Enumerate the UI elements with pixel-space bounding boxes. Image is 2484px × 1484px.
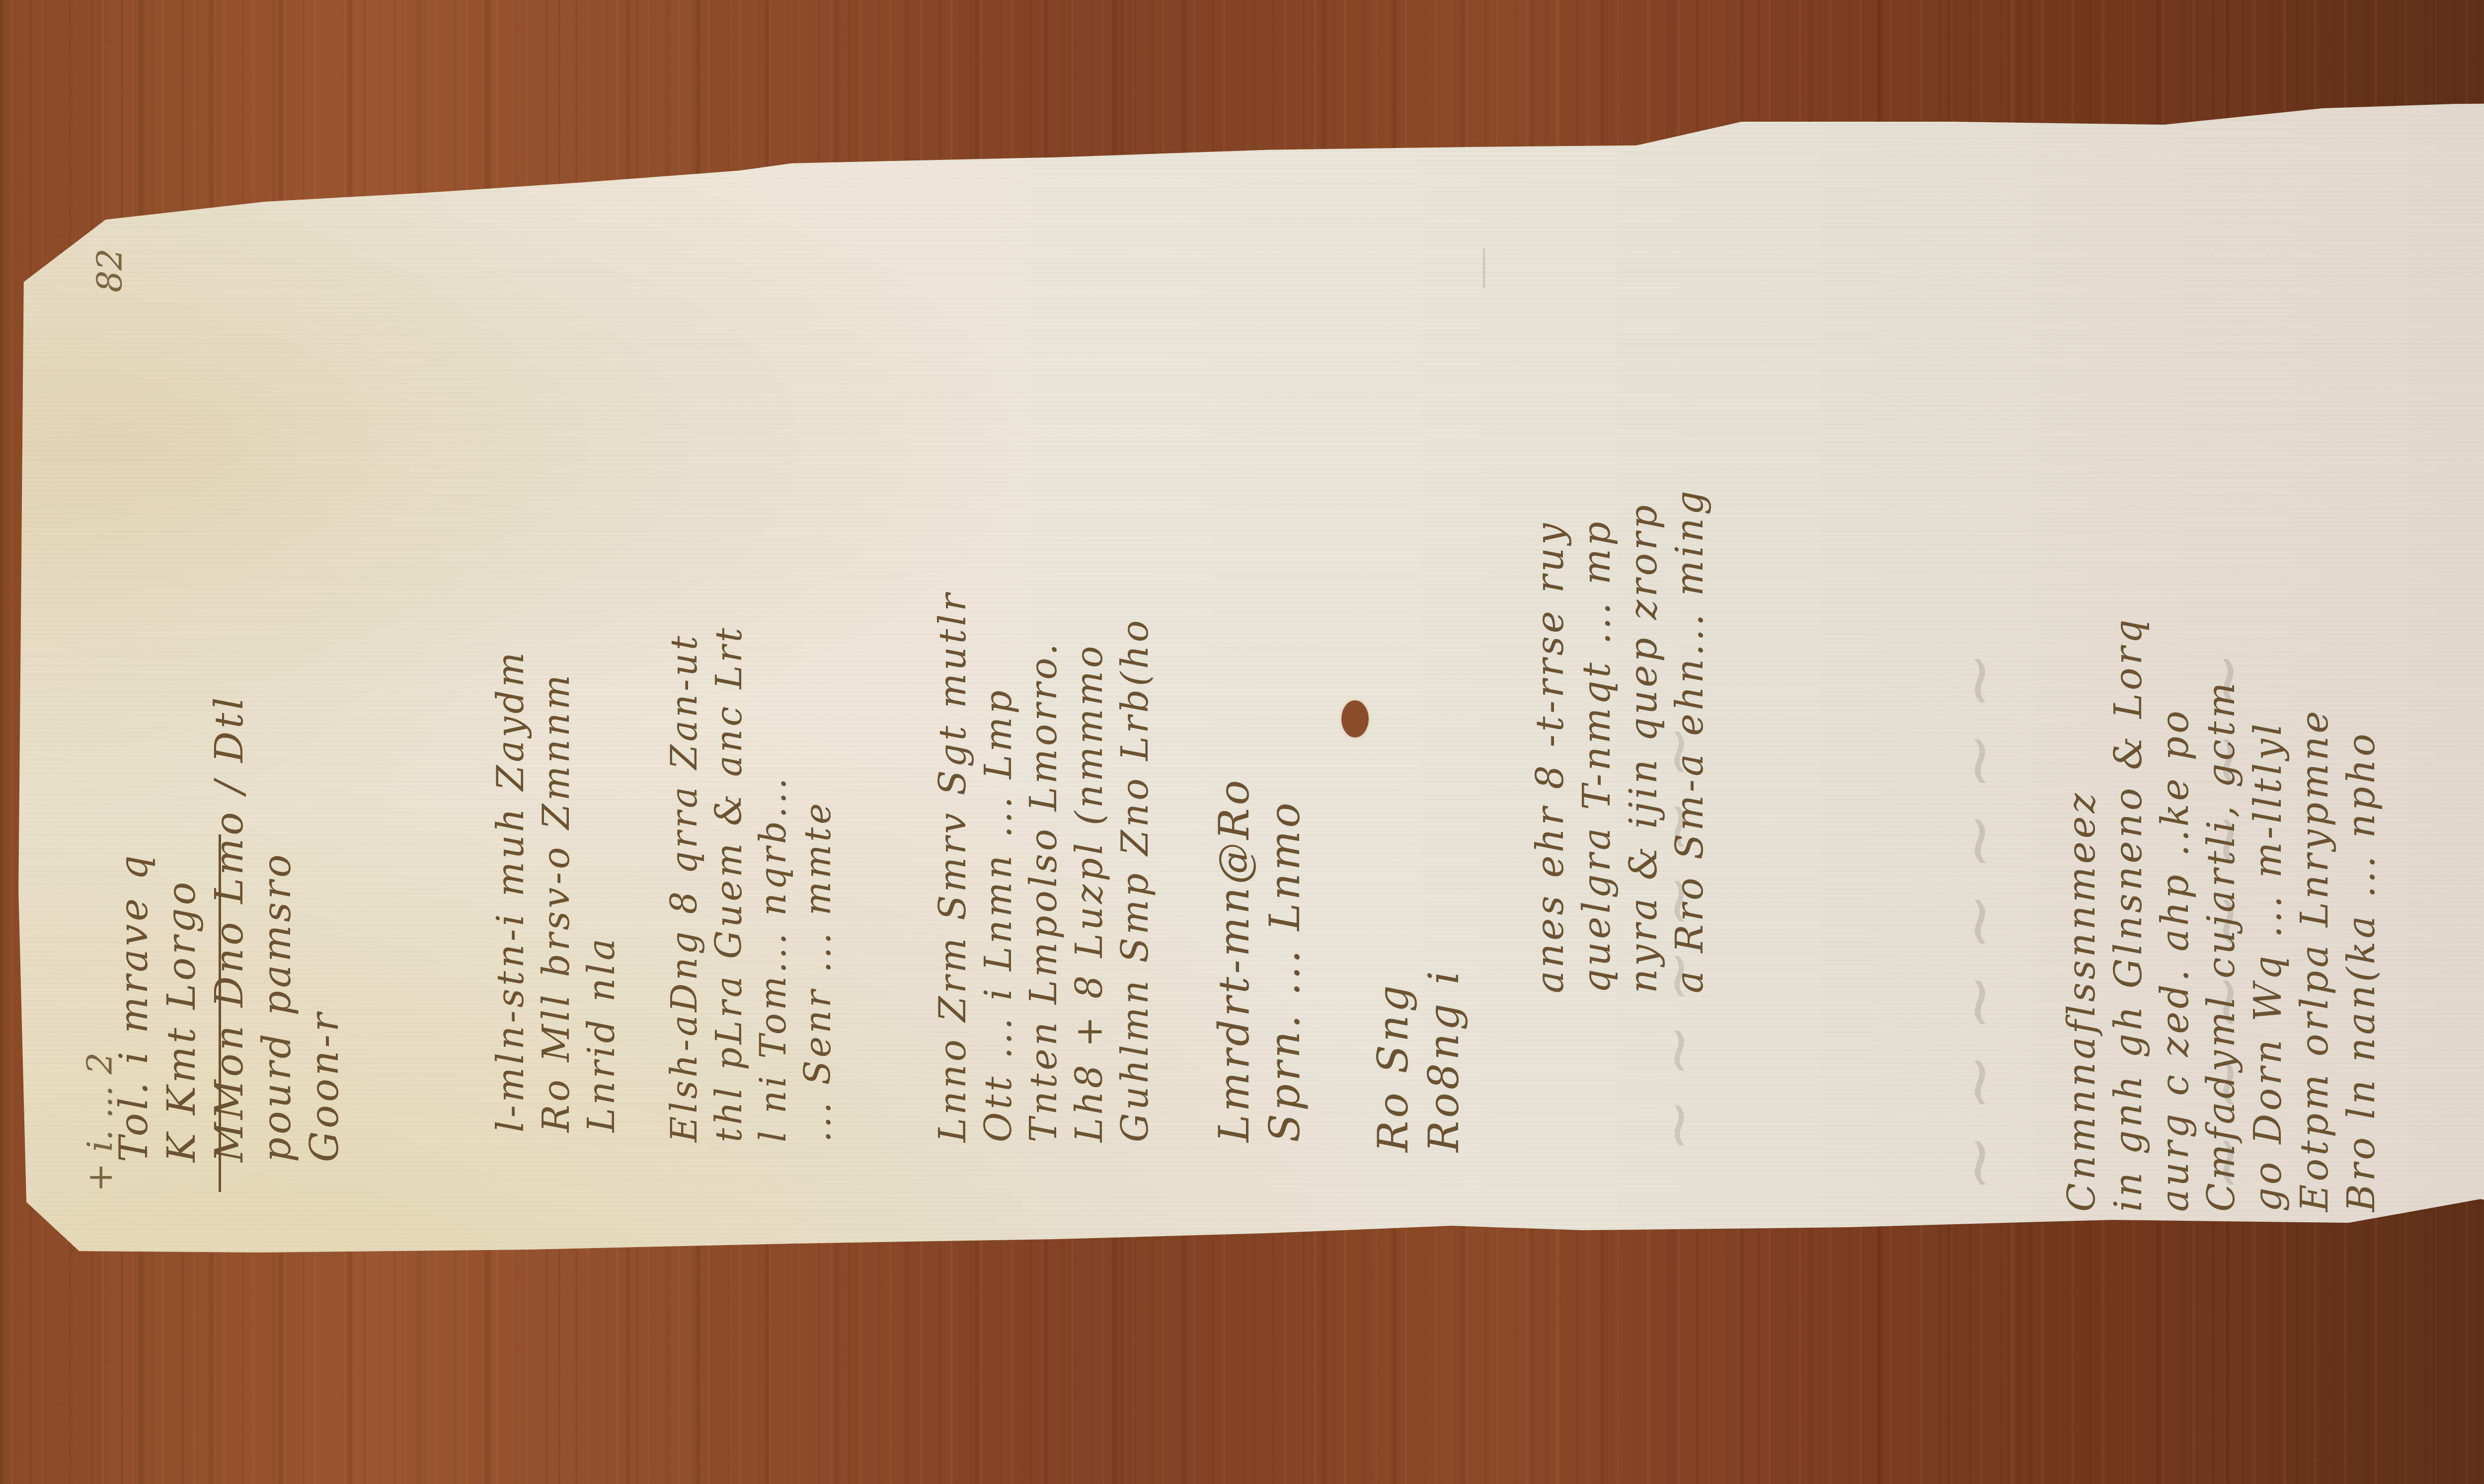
text-line: in gnh gh Glnsneno & Lorq [2108,209,2148,1212]
header-line: Goon-r [305,258,346,1162]
text-block-1: l-mln-stn-i muh Zaydm Ro Mll brsv-o Zmnn… [492,278,628,1132]
header-line: Tol. i mrave q [114,258,155,1162]
text-block-7: Cnmnnaflssnnmeez in gnh gh Glnsneno & Lo… [2062,209,2388,1212]
text-line: Bro ln nan(ka ... npho [2341,209,2381,1212]
text-block-3: Lnno Zrm Smrv Sgt mutlr Ott ... i Lnmn .… [934,238,1162,1142]
text-line: nyra & ijin quep zrorp [1624,209,1663,993]
text-line: l-mln-stn-i muh Zaydm [492,278,531,1132]
header-line: MMon Dno Lmo / Dtl [210,258,250,1162]
text-line: Ott ... i Lnmn ... Lmp [980,238,1018,1142]
text-line: Sprn. ... Lnmo [1263,268,1307,1142]
text-line: Ro Sng [1371,844,1415,1152]
text-block-6: anes ehr 8 -t-rrse ruy quelgra T-nmqt ..… [1530,209,1716,993]
header-line: K Kmt Lorgo [162,258,203,1162]
text-block-4: Lmrdrt-mn@Ro Sprn. ... Lnmo [1212,268,1314,1142]
text-line: aurg c zed. ahp ..ke po [2155,209,2195,1212]
text-line: Cnmnnaflssnnmeez [2062,209,2101,1212]
text-line: thl pLra Guem & anc Lrt [710,268,748,1142]
text-line: Lh8 + 8 Luzpl (nmmmo [1071,238,1109,1142]
paper-fold-notch [1483,248,1485,288]
text-line: Lmrdrt-mn@Ro [1212,268,1256,1142]
text-line: quelgra T-nmqt ... mp [1577,209,1617,993]
worm-hole [1341,700,1369,738]
header-block: Tol. i mrave q K Kmt Lorgo MMon Dno Lmo … [114,258,352,1162]
text-line: Lnno Zrm Smrv Sgt mutlr [934,238,973,1142]
text-line: anes ehr 8 -t-rrse ruy [1530,209,1570,993]
text-line: go Dorn Wq ... m-lltlyl [2248,209,2288,1212]
text-block-5: Ro Sng Ro8ng i [1371,844,1473,1152]
text-line: a Rro Sm-a ehn... ming [1670,209,1709,993]
text-line: Cmfadyml cujartli, gctm [2201,209,2241,1212]
text-line: l ni Tom... nqrb... [755,268,792,1142]
text-line: ... Senr ... mmte [799,268,837,1142]
bleed-through-text: ~ ~ ~ ~ ~ ~ ~ [1938,248,2018,1192]
text-line: Ro8ng i [1422,844,1466,1152]
text-line: Ro Mll brsv-o Zmnnm [538,278,576,1132]
text-line: Eotpm orlpa Lnrypmne [2295,209,2334,1212]
text-block-2: Elsh-aDng 8 qrra Zan-ut thl pLra Guem & … [666,268,844,1142]
text-line: Elsh-aDng 8 qrra Zan-ut [666,268,703,1142]
text-line: Tnten Lmpolso Lmorro. [1025,238,1064,1142]
text-line: Guhlmn Smp Zno Lrb(ho [1116,238,1155,1142]
header-line: pourd pamsro [257,258,298,1162]
text-line: Lnrid nla [583,278,621,1132]
